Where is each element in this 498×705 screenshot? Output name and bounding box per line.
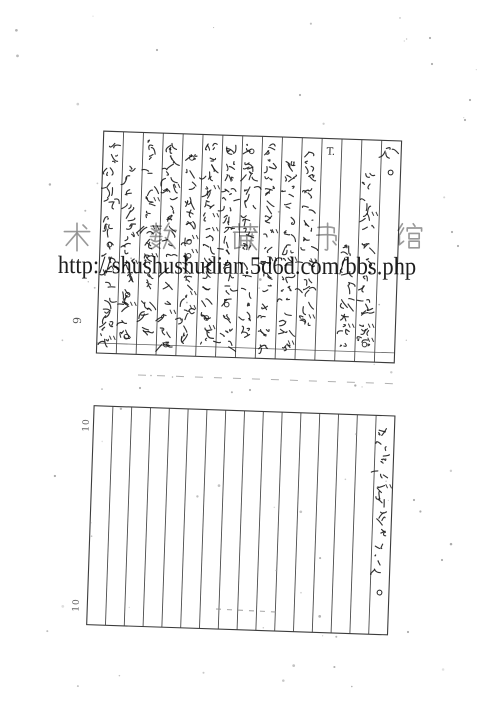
watermark-char (64, 223, 89, 251)
watermark-url: http://shushushudian.5d6d.com/bbs.php (58, 252, 416, 281)
scan-smudge (216, 609, 276, 612)
watermark-characters (64, 223, 421, 251)
watermark-char (317, 223, 336, 250)
margin-page-number: 10 (71, 598, 81, 612)
column-label: T. (326, 147, 335, 158)
scan-noise (15, 16, 477, 688)
scanned-manuscript-page: T. http://shushushudian.5d6d.com/bbs.php… (0, 0, 498, 705)
margin-page-number: 9 (71, 317, 84, 324)
watermark-char (398, 224, 421, 248)
ruled-grid-bottom (87, 406, 395, 635)
margin-page-number: 10 (81, 418, 91, 432)
faint-fold-line (138, 375, 402, 384)
